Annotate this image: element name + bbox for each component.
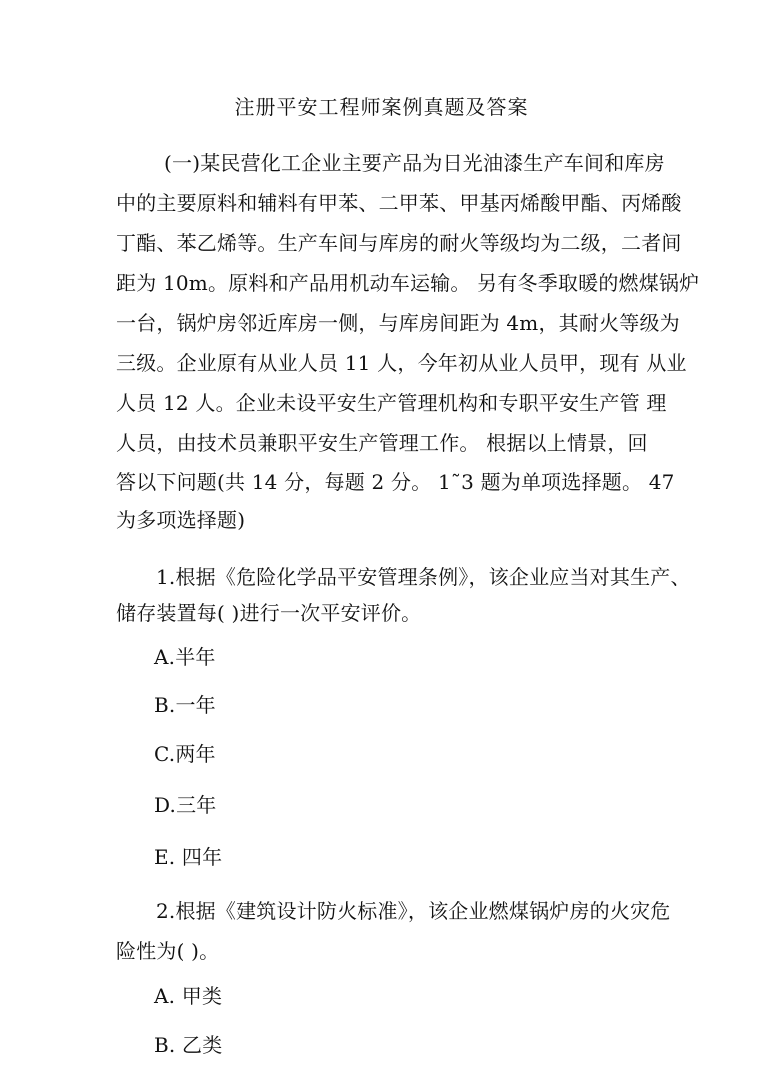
intro-line: 中的主要原料和辅料有甲苯、二甲苯、甲基丙烯酸甲酯、丙烯酸 — [116, 191, 682, 215]
answer-option-e: E. 四年 — [154, 845, 222, 869]
intro-line: 为多项选择题) — [116, 508, 245, 532]
question-stem-line: 险性为( )。 — [116, 939, 219, 963]
answer-option-c: C.两年 — [154, 742, 216, 766]
intro-line: 丁酯、苯乙烯等。生产车间与库房的耐火等级均为二级，二者间 — [116, 231, 682, 255]
document-title: 注册平安工程师案例真题及答案 — [0, 95, 763, 119]
answer-option-b: B. 乙类 — [154, 1033, 222, 1057]
intro-line: 距为 10m。原料和产品用机动车运输。 另有冬季取暖的燃煤锅炉 — [116, 271, 699, 295]
question-stem-line: 储存装置每( )进行一次平安评价。 — [116, 601, 421, 625]
answer-option-d: D.三年 — [154, 793, 216, 817]
question-stem-line: 1.根据《危险化学品平安管理条例》，该企业应当对其生产、 — [156, 565, 691, 589]
intro-line: 答以下问题(共 14 分，每题 2 分。 1˜3 题为单项选择题。 47 — [116, 470, 675, 494]
answer-option-a: A.半年 — [154, 645, 216, 669]
intro-line: 人员 12 人。企业未设平安生产管理机构和专职平安生产管 理 — [116, 391, 667, 415]
intro-line: 人员，由技术员兼职平安生产管理工作。 根据以上情景，回 — [116, 431, 648, 455]
answer-option-b: B.一年 — [154, 693, 216, 717]
intro-line: (一)某民营化工企业主要产品为日光油漆生产车间和库房 — [164, 151, 665, 175]
question-stem-line: 2.根据《建筑设计防火标准》，该企业燃煤锅炉房的火灾危 — [156, 899, 670, 923]
intro-line: 一台，锅炉房邻近库房一侧，与库房间距为 4m，其耐火等级为 — [116, 311, 680, 335]
intro-line: 三级。企业原有从业人员 11 人，今年初从业人员甲，现有 从业 — [116, 351, 687, 375]
answer-option-a: A. 甲类 — [154, 984, 222, 1008]
